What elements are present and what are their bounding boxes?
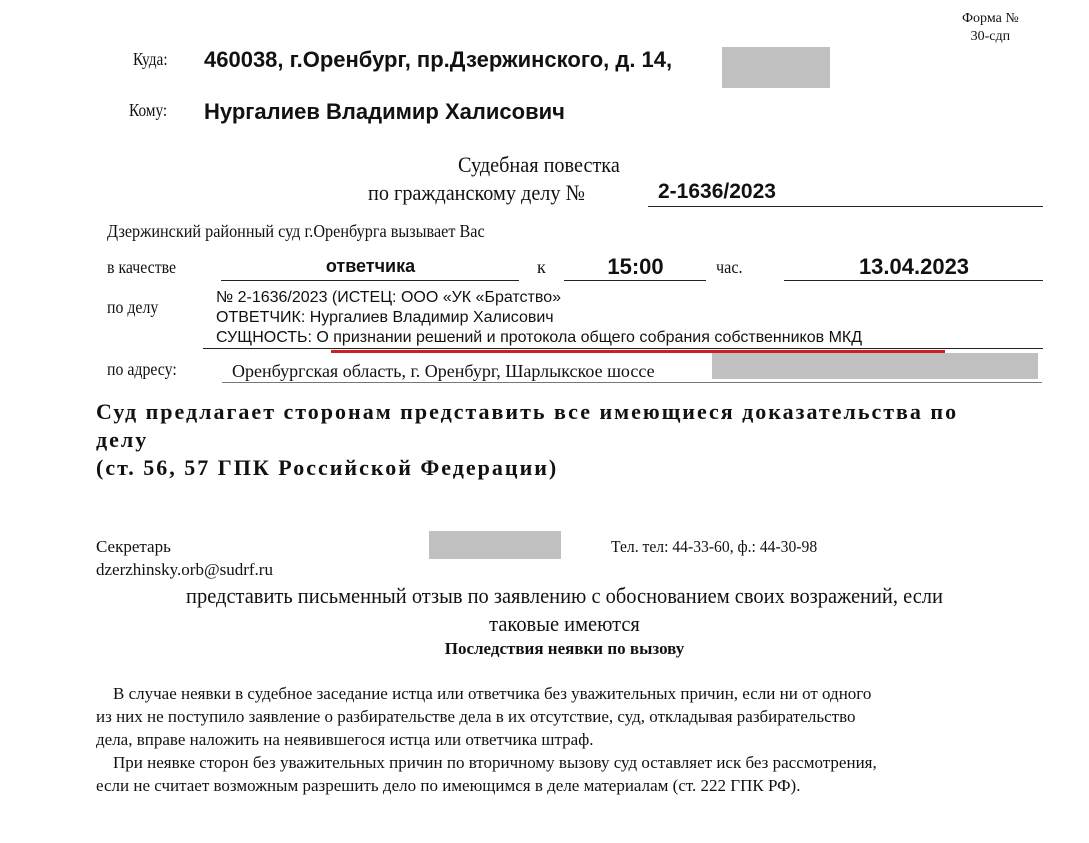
address-label: по адресу: (107, 359, 177, 380)
hearing-address: Оренбургская область, г. Оренбург, Шарлы… (232, 361, 655, 382)
case-essence-line: СУЩНОСТЬ: О признании решений и протокол… (216, 329, 862, 347)
consequences-line-5: если не считает возможным разрешить дело… (96, 776, 1031, 796)
to-address: 460038, г.Оренбург, пр.Дзержинского, д. … (204, 47, 672, 73)
form-label: Форма № (962, 10, 1019, 28)
whom-label: Кому: (129, 100, 167, 121)
capacity-underline (221, 280, 519, 281)
case-label: по делу (107, 297, 158, 318)
consequences-line-4: При неявке сторон без уважительных причи… (96, 753, 1031, 773)
hearing-time: 15:00 (565, 254, 706, 280)
consequences-line-2: из них не поступило заявление о разбират… (96, 707, 1031, 727)
at-label: к (537, 257, 546, 278)
to-label: Куда: (133, 49, 168, 70)
hearing-date: 13.04.2023 (785, 254, 1043, 280)
recipient-name: Нургалиев Владимир Халисович (204, 99, 565, 125)
evidence-notice-line-1: Суд предлагает сторонам представить все … (96, 399, 958, 425)
case-number: 2-1636/2023 (658, 180, 776, 204)
court-email: dzerzhinsky.orb@sudrf.ru (96, 560, 273, 580)
document-title: Судебная повестка (458, 152, 620, 178)
case-plaintiff-line: № 2-1636/2023 (ИСТЕЦ: ООО «УК «Братство» (216, 289, 561, 307)
case-defendant-line: ОТВЕТЧИК: Нургалиев Владимир Халисович (216, 309, 554, 327)
evidence-notice-line-3: (ст. 56, 57 ГПК Российской Федерации) (96, 455, 558, 481)
redacted-secretary-name (429, 531, 561, 559)
form-number: Форма № 30-сдп (962, 10, 1019, 46)
form-code: 30-сдп (962, 28, 1019, 46)
court-line: Дзержинский районный суд г.Оренбурга выз… (107, 221, 485, 242)
request-line-2: таковые имеются (40, 611, 1089, 637)
capacity-value: ответчика (222, 256, 519, 277)
time-underline (564, 280, 706, 281)
consequences-title: Последствия неявки по вызову (0, 639, 1089, 659)
case-number-underline (648, 206, 1043, 207)
case-underline (203, 348, 1043, 349)
secretary-label: Секретарь (96, 537, 171, 557)
phone-line: Тел. тел: 44-33-60, ф.: 44-30-98 (611, 537, 817, 557)
capacity-label: в качестве (107, 257, 176, 278)
consequences-line-1: В случае неявки в судебное заседание ист… (96, 684, 1031, 704)
redacted-address (712, 353, 1038, 379)
redacted-apartment (722, 47, 830, 88)
consequences-line-3: дела, вправе наложить на неявившегося ис… (96, 730, 1031, 750)
hour-label: час. (716, 257, 743, 278)
document-subtitle: по гражданскому делу № (368, 180, 585, 206)
request-line-1: представить письменный отзыв по заявлени… (40, 583, 1089, 609)
evidence-notice-line-2: делу (96, 427, 148, 453)
date-underline (784, 280, 1043, 281)
address-underline (222, 382, 1042, 383)
